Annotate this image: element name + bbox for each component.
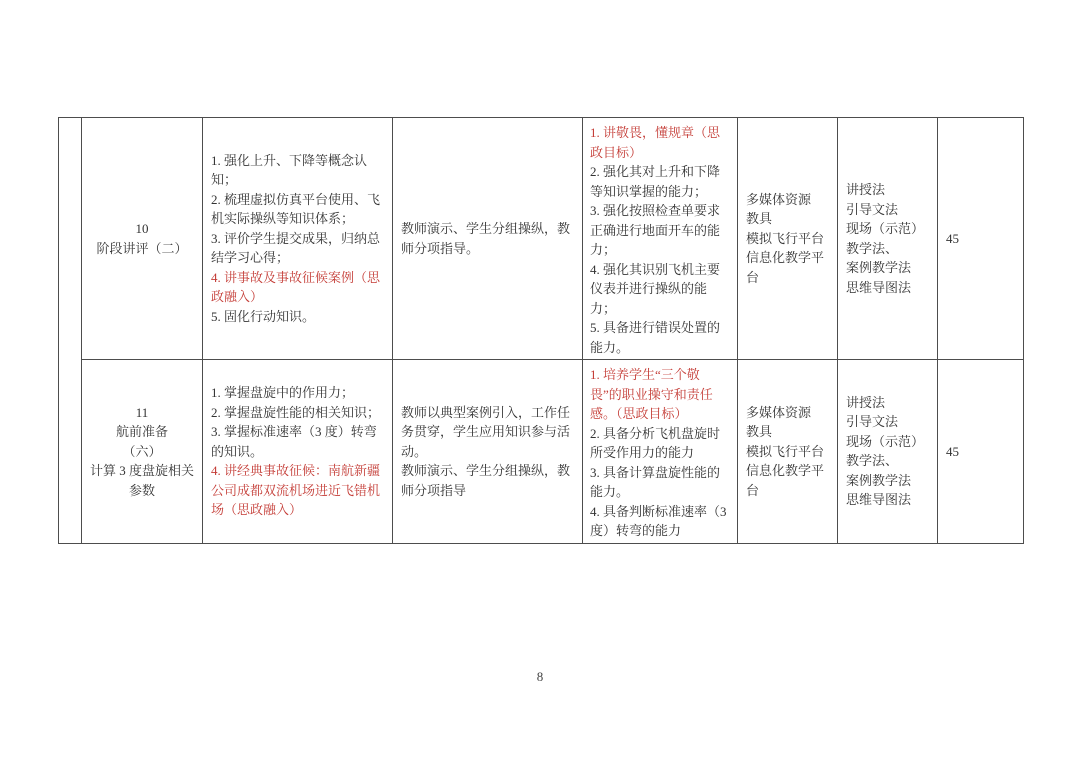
cell-teaching-process: 教师以典型案例引入，工作任务贯穿，学生应用知识参与活动。 教师演示、学生分组操纵…: [393, 360, 583, 544]
cell-teaching-process: 教师演示、学生分组操纵，教师分项指导。: [393, 118, 583, 360]
cell-resources: 多媒体资源 教具 模拟飞行平台 信息化教学平台: [738, 360, 838, 544]
content-item: 5. 固化行动知识。: [211, 307, 384, 327]
content-item: 4. 讲经典事故征候：南航新疆公司成都双流机场进近飞错机场（思政融入）: [211, 461, 384, 520]
cell-teaching-content: 1. 掌握盘旋中的作用力； 2. 掌握盘旋性能的相关知识； 3. 掌握标准速率（…: [203, 360, 393, 544]
objective-item: 2. 强化其对上升和下降等知识掌握的能力；: [590, 162, 731, 201]
session-title-line: 参数: [85, 481, 199, 501]
content-item: 1. 掌握盘旋中的作用力；: [211, 383, 384, 403]
objective-item: 5. 具备进行错误处置的能力。: [590, 318, 731, 357]
method-line: 思维导图法: [846, 278, 929, 298]
content-item: 4. 讲事故及事故征候案例（思政融入）: [211, 268, 384, 307]
session-title-line: （六）: [85, 442, 199, 462]
cell-session-title: 10 阶段讲评（二）: [82, 118, 203, 360]
hours-value: 45: [946, 444, 959, 459]
method-line: 思维导图法: [846, 490, 929, 510]
method-line: 现场（示范）教学法、: [846, 219, 929, 258]
cell-session-title: 11 航前准备 （六） 计算 3 度盘旋相关 参数: [82, 360, 203, 544]
method-line: 现场（示范）教学法、: [846, 432, 929, 471]
cell-teaching-methods: 讲授法 引导文法 现场（示范）教学法、 案例教学法 思维导图法: [838, 360, 938, 544]
document-page: 10 阶段讲评（二） 1. 强化上升、下降等概念认知； 2. 梳理虚拟仿真平台使…: [0, 0, 1080, 764]
resource-line: 多媒体资源: [746, 403, 829, 423]
row-number-spacer-cell: [59, 118, 82, 544]
table-row: 11 航前准备 （六） 计算 3 度盘旋相关 参数 1. 掌握盘旋中的作用力； …: [59, 360, 1024, 544]
hours-value: 45: [946, 231, 959, 246]
method-line: 引导文法: [846, 200, 929, 220]
resource-line: 信息化教学平台: [746, 461, 829, 500]
objective-item: 2. 具备分析飞机盘旋时所受作用力的能力: [590, 424, 731, 463]
objective-item: 3. 强化按照检查单要求正确进行地面开车的能力；: [590, 201, 731, 260]
cell-objectives: 1. 培养学生“三个敬畏”的职业操守和责任感。（思政目标） 2. 具备分析飞机盘…: [583, 360, 738, 544]
method-line: 案例教学法: [846, 258, 929, 278]
method-line: 讲授法: [846, 393, 929, 413]
content-item: 3. 评价学生提交成果，归纳总结学习心得；: [211, 229, 384, 268]
objective-item: 1. 讲敬畏，懂规章（思政目标）: [590, 123, 731, 162]
session-title-line: 阶段讲评（二）: [85, 239, 199, 259]
cell-teaching-content: 1. 强化上升、下降等概念认知； 2. 梳理虚拟仿真平台使用、飞机实际操纵等知识…: [203, 118, 393, 360]
cell-teaching-methods: 讲授法 引导文法 现场（示范）教学法、 案例教学法 思维导图法: [838, 118, 938, 360]
table-row: 10 阶段讲评（二） 1. 强化上升、下降等概念认知； 2. 梳理虚拟仿真平台使…: [59, 118, 1024, 360]
cell-hours: 45: [938, 360, 1024, 544]
objective-item: 4. 强化其识别飞机主要仪表并进行操纵的能力；: [590, 260, 731, 319]
page-number: 8: [0, 669, 1080, 685]
objective-item: 1. 培养学生“三个敬畏”的职业操守和责任感。（思政目标）: [590, 365, 731, 424]
process-paragraph: 教师以典型案例引入，工作任务贯穿，学生应用知识参与活动。: [401, 403, 574, 462]
objective-item: 3. 具备计算盘旋性能的能力。: [590, 463, 731, 502]
process-paragraph: 教师演示、学生分组操纵，教师分项指导。: [401, 219, 574, 258]
session-title-line: 计算 3 度盘旋相关: [85, 461, 199, 481]
method-line: 讲授法: [846, 180, 929, 200]
cell-objectives: 1. 讲敬畏，懂规章（思政目标） 2. 强化其对上升和下降等知识掌握的能力； 3…: [583, 118, 738, 360]
cell-resources: 多媒体资源 教具 模拟飞行平台 信息化教学平台: [738, 118, 838, 360]
cell-hours: 45: [938, 118, 1024, 360]
resource-line: 信息化教学平台: [746, 248, 829, 287]
method-line: 案例教学法: [846, 471, 929, 491]
content-item: 2. 梳理虚拟仿真平台使用、飞机实际操纵等知识体系；: [211, 190, 384, 229]
course-schedule-table: 10 阶段讲评（二） 1. 强化上升、下降等概念认知； 2. 梳理虚拟仿真平台使…: [58, 117, 1024, 544]
session-title-line: 航前准备: [85, 422, 199, 442]
content-item: 1. 强化上升、下降等概念认知；: [211, 151, 384, 190]
session-number: 11: [85, 403, 199, 423]
resource-line: 模拟飞行平台: [746, 442, 829, 462]
content-item: 3. 掌握标准速率（3 度）转弯的知识。: [211, 422, 384, 461]
process-paragraph: 教师演示、学生分组操纵，教师分项指导: [401, 461, 574, 500]
resource-line: 教具: [746, 422, 829, 442]
resource-line: 多媒体资源: [746, 190, 829, 210]
session-number: 10: [85, 219, 199, 239]
objective-item: 4. 具备判断标准速率（3 度）转弯的能力: [590, 502, 731, 541]
method-line: 引导文法: [846, 412, 929, 432]
resource-line: 教具: [746, 209, 829, 229]
content-item: 2. 掌握盘旋性能的相关知识；: [211, 403, 384, 423]
resource-line: 模拟飞行平台: [746, 229, 829, 249]
